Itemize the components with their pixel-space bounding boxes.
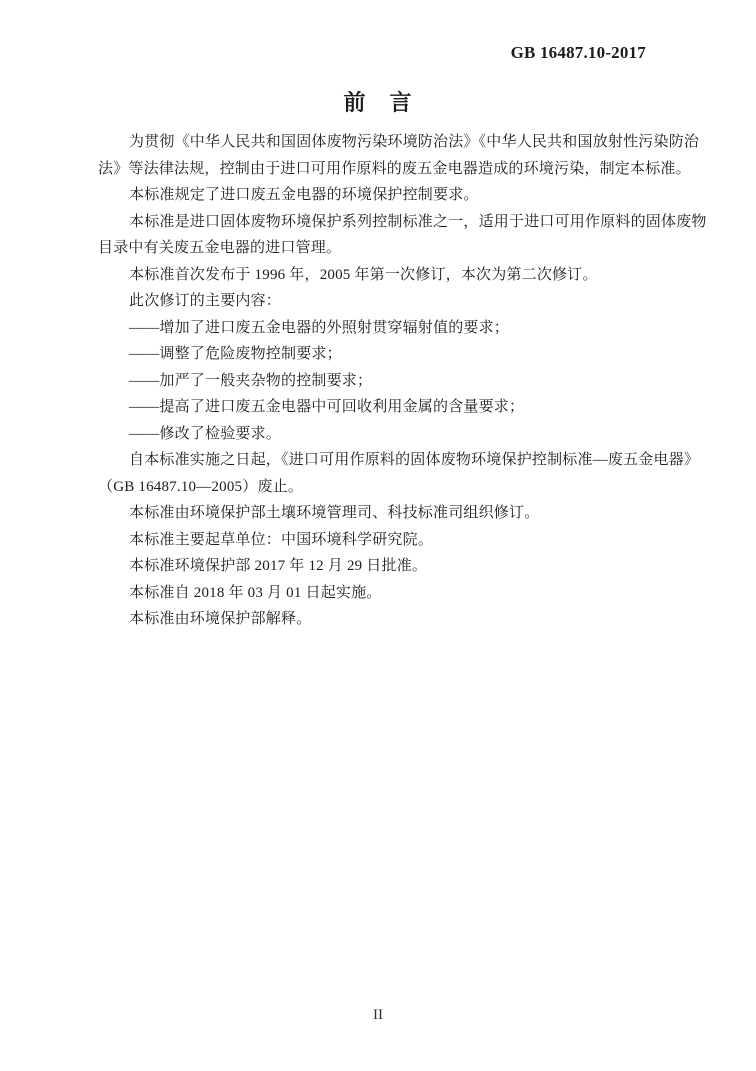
page-number: II — [0, 1007, 756, 1024]
foreword-line: ——调整了危险废物控制要求； — [98, 341, 698, 368]
foreword-line: 本标准首次发布于 1996 年，2005 年第一次修订，本次为第二次修订。 — [98, 262, 698, 289]
foreword-line: ——修改了检验要求。 — [98, 421, 698, 448]
foreword-line: 自本标准实施之日起，《进口可用作原料的固体废物环境保护控制标准—废五金电器》 — [98, 447, 698, 474]
foreword-line: ——提高了进口废五金电器中可回收利用金属的含量要求； — [98, 394, 698, 421]
foreword-line: 目录中有关废五金电器的进口管理。 — [98, 235, 698, 262]
foreword-line: ——加严了一般夹杂物的控制要求； — [98, 368, 698, 395]
foreword-line: 本标准环境保护部 2017 年 12 月 29 日批准。 — [98, 553, 698, 580]
foreword-body: 为贯彻《中华人民共和国固体废物污染环境防治法》《中华人民共和国放射性污染防治法》… — [98, 129, 698, 633]
foreword-line: 为贯彻《中华人民共和国固体废物污染环境防治法》《中华人民共和国放射性污染防治 — [98, 129, 698, 156]
page-title: 前 言 — [0, 86, 756, 117]
foreword-line: 法》等法律法规，控制由于进口可用作原料的废五金电器造成的环境污染，制定本标准。 — [98, 156, 698, 183]
document-page: GB 16487.10-2017 前 言 为贯彻《中华人民共和国固体废物污染环境… — [0, 0, 756, 1071]
foreword-line: 本标准是进口固体废物环境保护系列控制标准之一，适用于进口可用作原料的固体废物 — [98, 209, 698, 236]
foreword-line: ——增加了进口废五金电器的外照射贯穿辐射值的要求； — [98, 315, 698, 342]
foreword-line: 本标准规定了进口废五金电器的环境保护控制要求。 — [98, 182, 698, 209]
foreword-line: 本标准由环境保护部解释。 — [98, 606, 698, 633]
foreword-line: 此次修订的主要内容： — [98, 288, 698, 315]
foreword-line: 本标准由环境保护部土壤环境管理司、科技标准司组织修订。 — [98, 500, 698, 527]
foreword-line: 本标准主要起草单位：中国环境科学研究院。 — [98, 527, 698, 554]
foreword-line: （GB 16487.10—2005）废止。 — [98, 474, 698, 501]
foreword-line: 本标准自 2018 年 03 月 01 日起实施。 — [98, 580, 698, 607]
standard-number: GB 16487.10-2017 — [511, 43, 646, 63]
